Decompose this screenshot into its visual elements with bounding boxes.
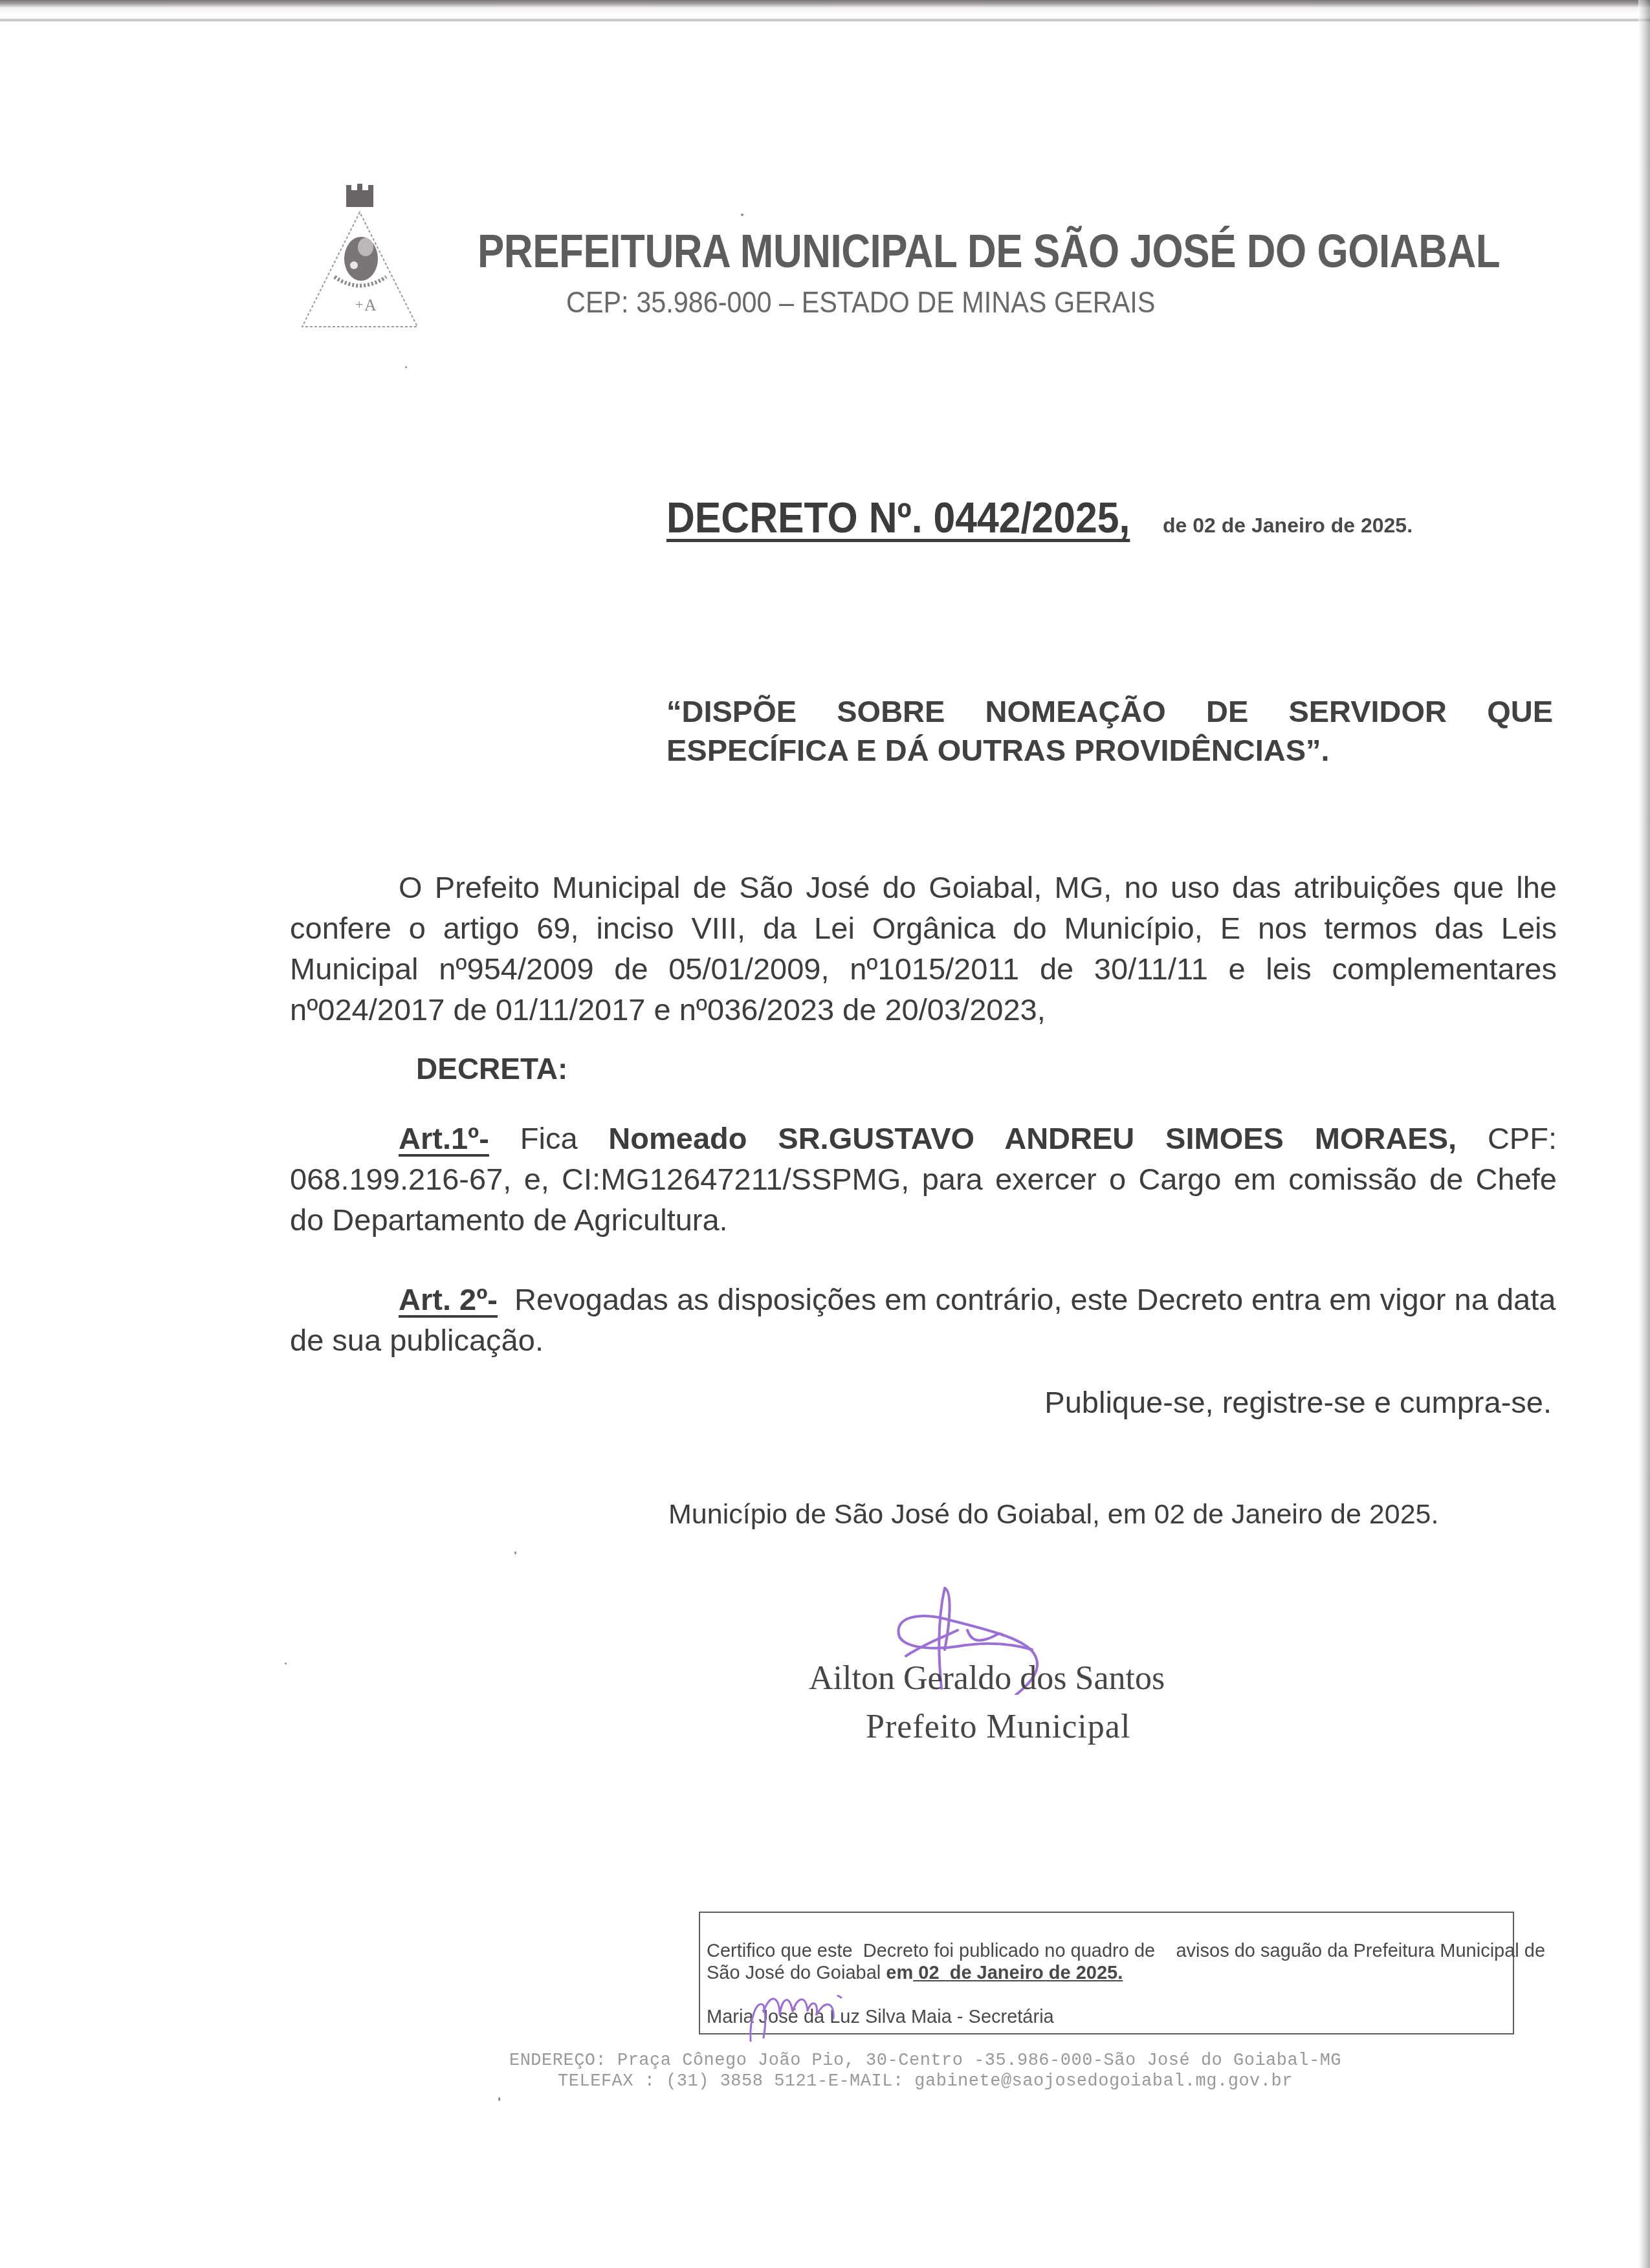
- decree-ementa: “DISPÕE SOBRE NOMEAÇÃO DE SERVIDOR QUE E…: [666, 692, 1553, 770]
- preamble: O Prefeito Municipal de São José do Goia…: [290, 867, 1557, 1030]
- scan-speck: [741, 213, 743, 216]
- signatory-name: Ailton Geraldo dos Santos: [809, 1659, 1165, 1697]
- decreta-label: DECRETA:: [416, 1051, 567, 1086]
- header-title: PREFEITURA MUNICIPAL DE SÃO JOSÉ DO GOIA…: [478, 225, 1500, 278]
- closing-formula: Publique-se, registre-se e cumpra-se.: [1044, 1384, 1552, 1420]
- decree-number: DECRETO Nº. 0442/2025,: [666, 493, 1130, 542]
- signatory-role: Prefeito Municipal: [866, 1708, 1130, 1746]
- svg-text:+: +: [355, 296, 363, 312]
- scanner-edge-top: [0, 0, 1650, 23]
- article-1: Art.1º- Fica Nomeado SR.GUSTAVO ANDREU S…: [290, 1118, 1557, 1240]
- appointee-name: Nomeado SR.GUSTAVO ANDREU SIMOES MORAES,: [608, 1121, 1457, 1155]
- article-1-lead: Fica: [489, 1121, 608, 1155]
- scan-speck: [498, 2097, 500, 2101]
- coat-of-arms-icon: + A: [294, 181, 424, 330]
- scan-speck: [514, 1551, 516, 1554]
- scanner-edge-right: [1638, 0, 1650, 2268]
- scan-speck: [405, 366, 407, 368]
- svg-text:A: A: [364, 296, 377, 314]
- header-subtitle: CEP: 35.986-000 – ESTADO DE MINAS GERAIS: [566, 285, 1155, 320]
- footer-address: ENDEREÇO: Praça Cônego João Pio, 30-Cent…: [421, 2051, 1430, 2071]
- decree-heading: DECRETO Nº. 0442/2025, de 02 de Janeiro …: [666, 493, 1413, 542]
- certificate-em: em: [886, 1963, 913, 1983]
- secretary-signature-icon: [744, 1979, 854, 2044]
- place-and-date: Município de São José do Goiabal, em 02 …: [668, 1499, 1438, 1531]
- certificate-line-1: Certifico que este Decreto foi publicado…: [707, 1940, 1508, 1962]
- footer: ENDEREÇO: Praça Cônego João Pio, 30-Cent…: [421, 2051, 1430, 2092]
- article-2-label: Art. 2º-: [399, 1282, 498, 1316]
- footer-contact: TELEFAX : (31) 3858 5121-E-MAIL: gabinet…: [421, 2071, 1430, 2092]
- article-2: Art. 2º- Revogadas as disposições em con…: [290, 1279, 1557, 1360]
- article-1-label: Art.1º-: [399, 1121, 489, 1155]
- scan-speck: [285, 1663, 287, 1664]
- decree-date: de 02 de Janeiro de 2025.: [1163, 514, 1413, 537]
- certificate-date: 02 de Janeiro de 2025.: [913, 1963, 1123, 1983]
